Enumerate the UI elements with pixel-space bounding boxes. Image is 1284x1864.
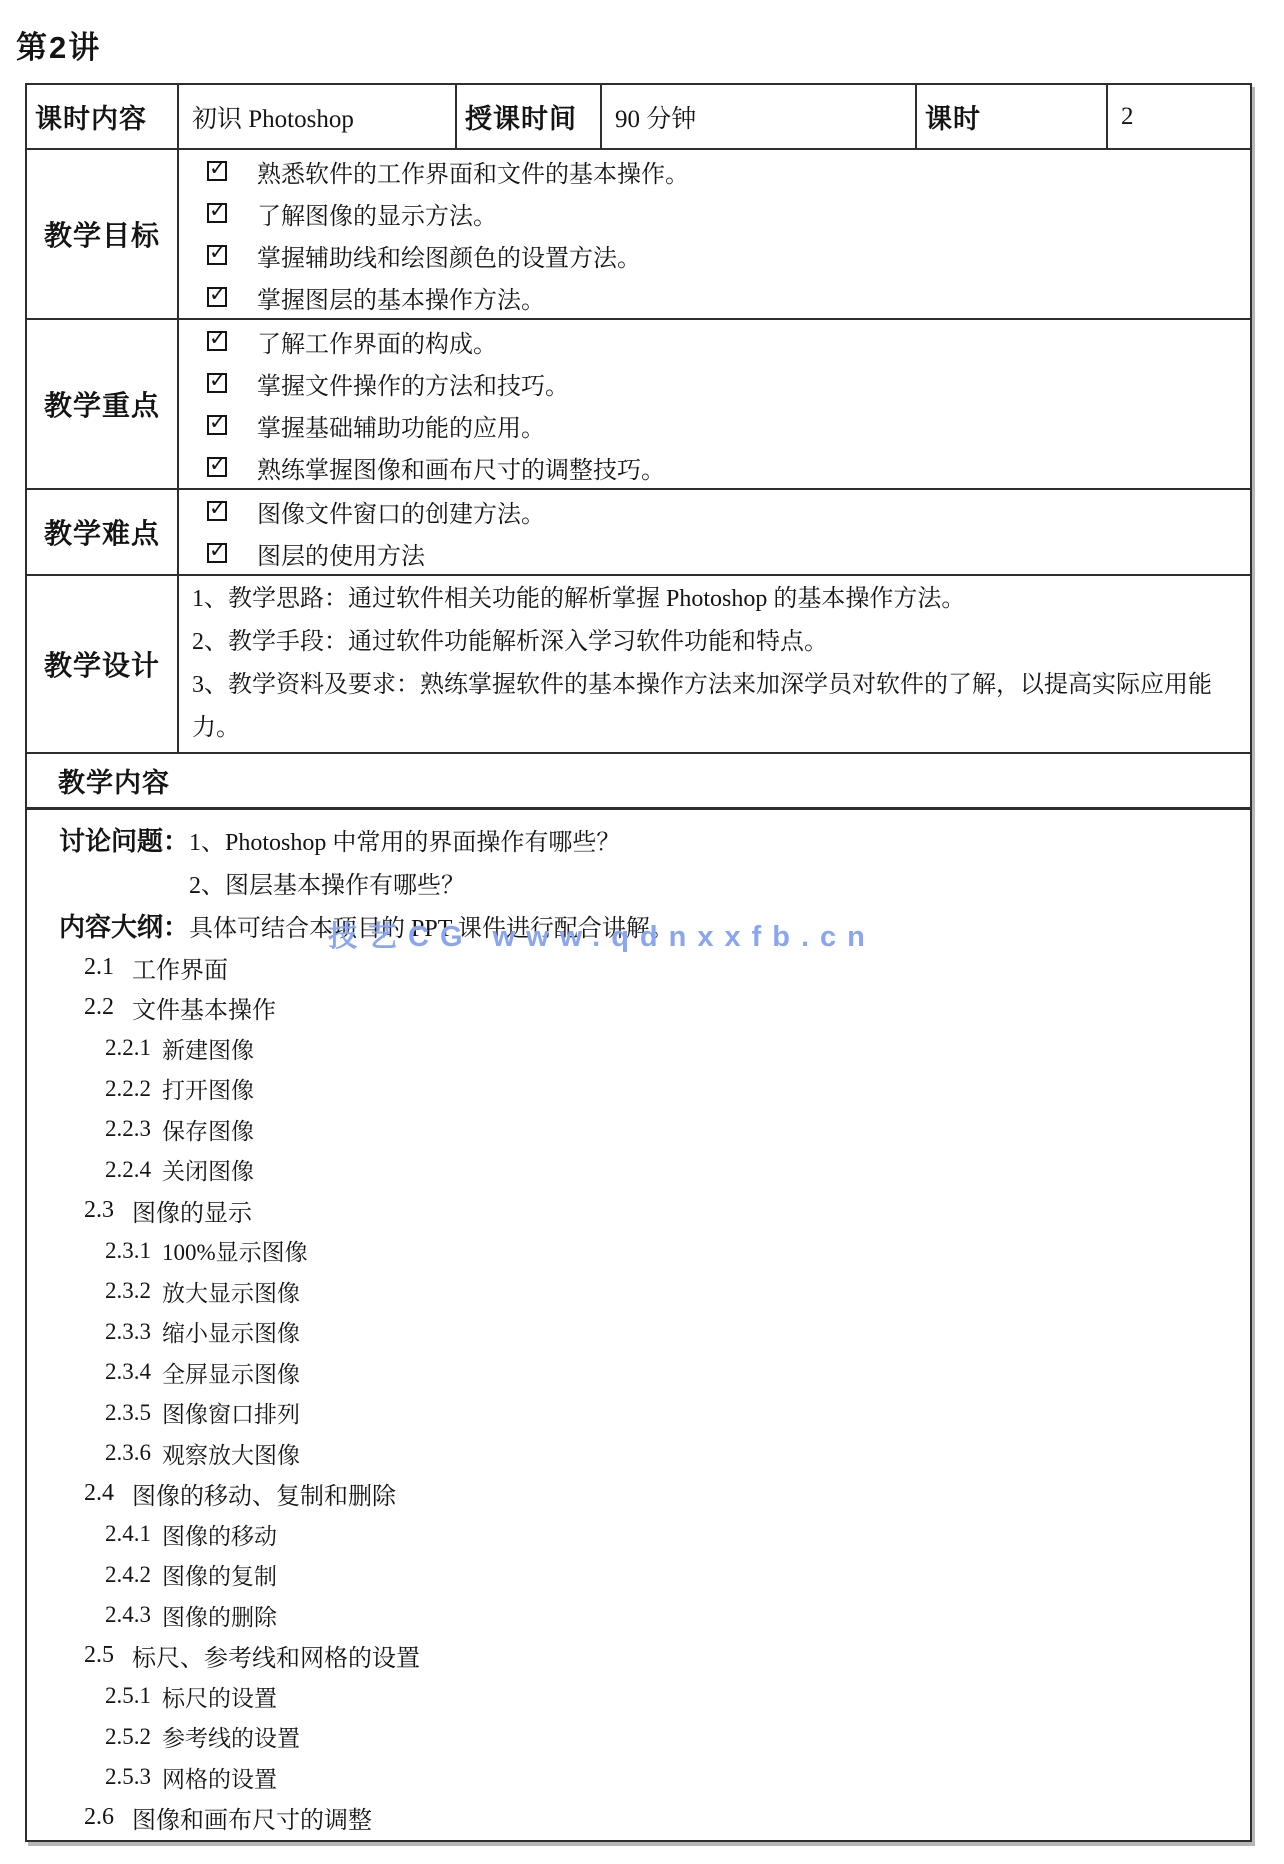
outline-number: 2.3.6 (105, 1440, 162, 1466)
value-class-hours: 2 (1107, 84, 1251, 149)
outline-item: 2.2.3保存图像 (59, 1109, 1232, 1150)
outline-text: 图像和画布尺寸的调整 (132, 1800, 372, 1835)
outline-text: 图像的移动 (162, 1518, 277, 1551)
outline-item: 2.3.4全屏显示图像 (59, 1352, 1232, 1393)
checklist-item-text: 掌握文件操作的方法和技巧。 (257, 366, 569, 401)
outline-text: 关闭图像 (162, 1153, 254, 1186)
label-teaching-time: 授课时间 (456, 84, 601, 149)
checklist-item: 熟悉软件的工作界面和文件的基本操作。 (207, 150, 1240, 192)
outline-number: 2.6 (84, 1804, 132, 1831)
outline-number: 2.2.3 (105, 1116, 162, 1142)
outline-text: 图像窗口排列 (162, 1396, 300, 1429)
outline-item: 2.5.1标尺的设置 (59, 1676, 1232, 1717)
checkbox-checked-icon (207, 245, 227, 265)
outline-text: 标尺、参考线和网格的设置 (132, 1638, 420, 1673)
checkbox-checked-icon (207, 161, 227, 181)
section-row: 教学目标熟悉软件的工作界面和文件的基本操作。了解图像的显示方法。掌握辅助线和绘图… (26, 149, 1251, 319)
outline-text: 图像的移动、复制和删除 (132, 1476, 396, 1511)
outline-number: 2.3.4 (105, 1359, 162, 1385)
labeled-line: 内容大纲：具体可结合本项目的 PPT 课件进行配合讲解。 (59, 904, 1232, 947)
outline-item: 2.2文件基本操作 (59, 988, 1232, 1029)
outline-item: 2.1工作界面 (59, 947, 1232, 988)
checklist-item: 熟练掌握图像和画布尺寸的调整技巧。 (207, 446, 1240, 488)
outline-item: 2.2.4关闭图像 (59, 1150, 1232, 1191)
outline-item: 2.3.1100%显示图像 (59, 1231, 1232, 1272)
checklist-sections-body: 教学目标熟悉软件的工作界面和文件的基本操作。了解图像的显示方法。掌握辅助线和绘图… (26, 149, 1251, 575)
outline-item: 2.3.3缩小显示图像 (59, 1312, 1232, 1353)
outline-text: 打开图像 (162, 1072, 254, 1105)
checkbox-checked-icon (207, 203, 227, 223)
section-label: 教学难点 (26, 489, 178, 575)
outline-text: 图像的复制 (162, 1558, 277, 1591)
outline-number: 2.4.1 (105, 1521, 162, 1547)
outline-number: 2.4.3 (105, 1602, 162, 1628)
checkbox-checked-icon (207, 415, 227, 435)
checklist-item-text: 了解图像的显示方法。 (257, 196, 497, 231)
outline-item: 2.5.3网格的设置 (59, 1757, 1232, 1798)
design-row: 教学设计 1、教学思路：通过软件相关功能的解析掌握 Photoshop 的基本操… (26, 575, 1251, 753)
outline-text: 标尺的设置 (162, 1680, 277, 1713)
section-items: 了解工作界面的构成。掌握文件操作的方法和技巧。掌握基础辅助功能的应用。熟练掌握图… (178, 319, 1251, 489)
checklist-item-text: 熟悉软件的工作界面和文件的基本操作。 (257, 154, 689, 189)
checklist-item: 掌握图层的基本操作方法。 (207, 276, 1240, 318)
checklist-item-text: 图像文件窗口的创建方法。 (257, 494, 545, 529)
content-body: 教学内容 讨论问题：1、Photoshop 中常用的界面操作有哪些？2、图层基本… (26, 753, 1251, 1841)
outline-number: 2.5.1 (105, 1683, 162, 1709)
section-row: 教学重点了解工作界面的构成。掌握文件操作的方法和技巧。掌握基础辅助功能的应用。熟… (26, 319, 1251, 489)
line-text: 具体可结合本项目的 PPT 课件进行配合讲解。 (189, 908, 674, 943)
outline-number: 2.3.5 (105, 1400, 162, 1426)
section-label: 教学目标 (26, 149, 178, 319)
checklist-item: 图层的使用方法 (207, 532, 1240, 574)
design-lines: 1、教学思路：通过软件相关功能的解析掌握 Photoshop 的基本操作方法。2… (178, 575, 1251, 753)
outline-text: 全屏显示图像 (162, 1356, 300, 1389)
outline-number: 2.4.2 (105, 1562, 162, 1588)
outline-text: 缩小显示图像 (162, 1315, 300, 1348)
checklist-item-text: 掌握基础辅助功能的应用。 (257, 408, 545, 443)
outline-number: 2.3 (84, 1197, 132, 1224)
checkbox-checked-icon (207, 543, 227, 563)
checklist-item-text: 掌握图层的基本操作方法。 (257, 280, 545, 315)
label-lesson-content: 课时内容 (26, 84, 178, 149)
content-header-label: 教学内容 (26, 753, 1251, 809)
outline-text: 工作界面 (132, 950, 228, 985)
section-items: 图像文件窗口的创建方法。图层的使用方法 (178, 489, 1251, 575)
outline-number: 2.3.1 (105, 1238, 162, 1264)
checkbox-checked-icon (207, 287, 227, 307)
lesson-plan-page: 第2讲 课时内容 初识 Photoshop 授课时间 90 分钟 课时 2 教学… (0, 0, 1284, 1864)
content-row: 讨论问题：1、Photoshop 中常用的界面操作有哪些？2、图层基本操作有哪些… (26, 809, 1251, 1842)
outline-text: 文件基本操作 (132, 990, 276, 1025)
design-line: 3、教学资料及要求：熟练掌握软件的基本操作方法来加深学员对软件的了解，以提高实际… (192, 664, 1234, 750)
outline-item: 2.3图像的显示 (59, 1190, 1232, 1231)
outline-number: 2.2.2 (105, 1076, 162, 1102)
outline-number: 2.3.2 (105, 1278, 162, 1304)
continuation-line: 2、图层基本操作有哪些？ (59, 861, 1232, 904)
outline-item: 2.3.2放大显示图像 (59, 1271, 1232, 1312)
outline-item: 2.3.5图像窗口排列 (59, 1393, 1232, 1434)
outline-number: 2.5.2 (105, 1724, 162, 1750)
labeled-line: 讨论问题：1、Photoshop 中常用的界面操作有哪些？ (59, 818, 1232, 861)
checklist-item-text: 熟练掌握图像和画布尺寸的调整技巧。 (257, 450, 665, 485)
outline-number: 2.5 (84, 1642, 132, 1669)
outline-number: 2.4 (84, 1480, 132, 1507)
lesson-plan-table: 课时内容 初识 Photoshop 授课时间 90 分钟 课时 2 教学目标熟悉… (25, 83, 1252, 1842)
checklist-item-text: 图层的使用方法 (257, 536, 425, 571)
line-text: 1、Photoshop 中常用的界面操作有哪些？ (189, 822, 620, 857)
checklist-item: 了解图像的显示方法。 (207, 192, 1240, 234)
outline-item: 2.5标尺、参考线和网格的设置 (59, 1636, 1232, 1677)
checklist-item: 掌握基础辅助功能的应用。 (207, 404, 1240, 446)
design-line: 2、教学手段：通过软件功能解析深入学习软件功能和特点。 (192, 621, 1234, 664)
info-row-body: 课时内容 初识 Photoshop 授课时间 90 分钟 课时 2 (26, 84, 1251, 149)
outline-number: 2.2.4 (105, 1157, 162, 1183)
page-title: 第2讲 (16, 22, 1284, 67)
design-line: 1、教学思路：通过软件相关功能的解析掌握 Photoshop 的基本操作方法。 (192, 578, 1234, 621)
checklist-item: 掌握文件操作的方法和技巧。 (207, 362, 1240, 404)
outline-text: 网格的设置 (162, 1761, 277, 1794)
outline-number: 2.2.1 (105, 1035, 162, 1061)
outline-item: 2.2.1新建图像 (59, 1028, 1232, 1069)
outline-item: 2.4.3图像的删除 (59, 1595, 1232, 1636)
outline-text: 图像的显示 (132, 1193, 252, 1228)
outline-item: 2.4.2图像的复制 (59, 1555, 1232, 1596)
outline-number: 2.5.3 (105, 1764, 162, 1790)
outline-item: 2.4.1图像的移动 (59, 1514, 1232, 1555)
outline-text: 100%显示图像 (162, 1234, 308, 1267)
section-items: 熟悉软件的工作界面和文件的基本操作。了解图像的显示方法。掌握辅助线和绘图颜色的设… (178, 149, 1251, 319)
checkbox-checked-icon (207, 501, 227, 521)
section-label-design: 教学设计 (26, 575, 178, 753)
outline-text: 图像的删除 (162, 1599, 277, 1632)
checklist-item-text: 掌握辅助线和绘图颜色的设置方法。 (257, 238, 641, 273)
line-label: 讨论问题： (59, 821, 189, 858)
value-teaching-time: 90 分钟 (601, 84, 916, 149)
label-class-hours: 课时 (916, 84, 1107, 149)
content-lines: 讨论问题：1、Photoshop 中常用的界面操作有哪些？2、图层基本操作有哪些… (26, 809, 1251, 1842)
value-lesson-content: 初识 Photoshop (178, 84, 456, 149)
checklist-item: 掌握辅助线和绘图颜色的设置方法。 (207, 234, 1240, 276)
section-label: 教学重点 (26, 319, 178, 489)
checklist-item: 了解工作界面的构成。 (207, 320, 1240, 362)
outline-text: 放大显示图像 (162, 1275, 300, 1308)
outline-text: 观察放大图像 (162, 1437, 300, 1470)
outline-number: 2.2 (84, 994, 132, 1021)
checkbox-checked-icon (207, 457, 227, 477)
outline-item: 2.5.2参考线的设置 (59, 1717, 1232, 1758)
outline-item: 2.4图像的移动、复制和删除 (59, 1474, 1232, 1515)
design-row-body: 教学设计 1、教学思路：通过软件相关功能的解析掌握 Photoshop 的基本操… (26, 575, 1251, 753)
outline-text: 参考线的设置 (162, 1720, 300, 1753)
outline-item: 2.3.6观察放大图像 (59, 1433, 1232, 1474)
outline-text: 保存图像 (162, 1113, 254, 1146)
checklist-item: 图像文件窗口的创建方法。 (207, 490, 1240, 532)
section-row: 教学难点图像文件窗口的创建方法。图层的使用方法 (26, 489, 1251, 575)
outline-item: 2.6图像和画布尺寸的调整 (59, 1798, 1232, 1839)
outline-text: 新建图像 (162, 1032, 254, 1065)
info-row: 课时内容 初识 Photoshop 授课时间 90 分钟 课时 2 (26, 84, 1251, 149)
checkbox-checked-icon (207, 373, 227, 393)
outline-item: 2.2.2打开图像 (59, 1069, 1232, 1110)
checkbox-checked-icon (207, 331, 227, 351)
checklist-item-text: 了解工作界面的构成。 (257, 324, 497, 359)
line-label: 内容大纲： (59, 907, 189, 944)
outline-number: 2.3.3 (105, 1319, 162, 1345)
content-header-row: 教学内容 (26, 753, 1251, 809)
outline-number: 2.1 (84, 954, 132, 981)
